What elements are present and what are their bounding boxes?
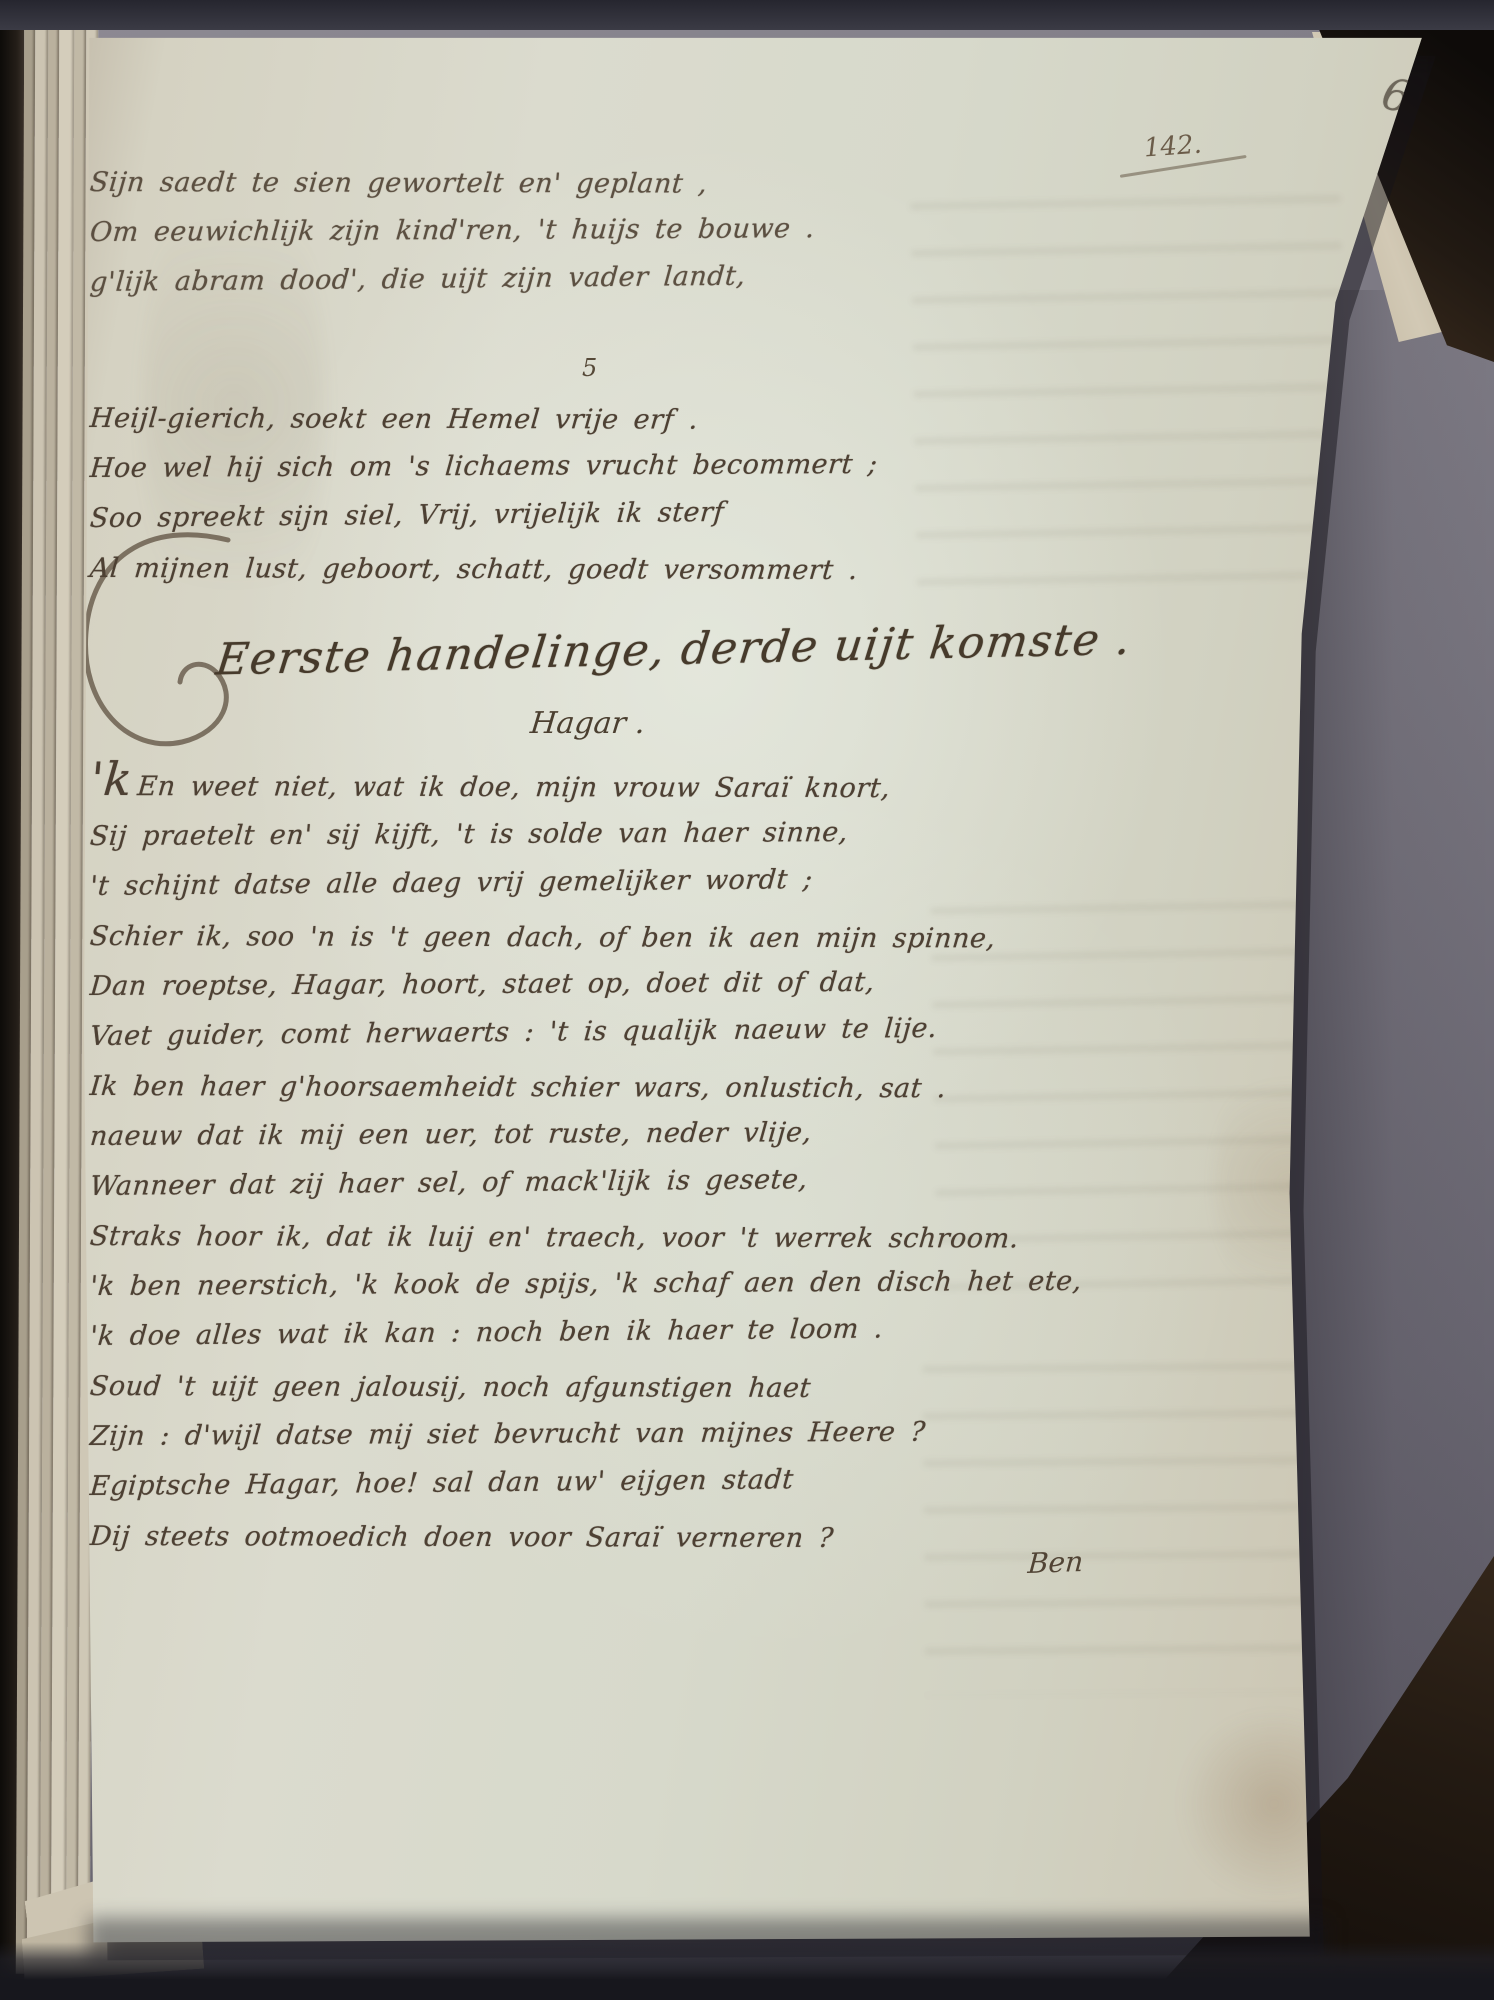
speech-block: 'kEn weet niet, wat ik doe, mijn vrouw S…	[90, 762, 1320, 1562]
manuscript-page: 66 142. Sijn saedt te sien gewortelt en'…	[84, 34, 1434, 1950]
scene-heading: Eerste handelinge, derde uijt komste .	[209, 609, 1326, 718]
manuscript-line: Egiptsche Hagar, hoe! sal dan uw' eijgen…	[88, 1450, 1323, 1512]
character-name: Hagar .	[528, 706, 1323, 750]
fabric-band-top	[0, 0, 1494, 30]
page-number: 142.	[1143, 126, 1247, 170]
decorated-initial: 'k	[88, 752, 134, 806]
manuscript-line: Wanneer dat zij haer sel, of mack'lijk i…	[88, 1150, 1323, 1212]
catchword: Ben	[1027, 1545, 1085, 1580]
stanza-number: 5	[582, 354, 1320, 394]
manuscript-line-text: En weet niet, wat ik doe, mijn vrouw Sar…	[136, 771, 891, 804]
manuscript-line: 'k doe alles wat ik kan : noch ben ik ha…	[88, 1300, 1323, 1362]
fabric-band-bottom	[0, 1942, 1494, 2000]
manuscript-line: Vaet guider, comt herwaerts : 't is qual…	[88, 1000, 1323, 1062]
manuscript-line: 't schijnt datse alle daeg vrij gemelijk…	[88, 850, 1323, 912]
verse-stanza: Heijl-gierich, soekt een Hemel vrije erf…	[90, 394, 1320, 594]
manuscript-line: Dij steets ootmoedich doen voor Saraï ve…	[88, 1512, 1322, 1565]
page-number-value: 142.	[1143, 130, 1203, 164]
manuscript-line: Al mijnen lust, geboort, schatt, goedt v…	[88, 544, 1322, 597]
manuscript-photograph: 66 142. Sijn saedt te sien gewortelt en'…	[0, 0, 1494, 2000]
verse-stanza: Sijn saedt te sien gewortelt en' geplant…	[90, 158, 1320, 308]
manuscript-line: Soo spreekt sijn siel, Vrij, vrijelijk i…	[88, 482, 1323, 544]
manuscript-line: g'lijk abram dood', die uijt zijn vader …	[88, 246, 1323, 308]
handwritten-text-block: Sijn saedt te sien gewortelt en' geplant…	[90, 158, 1320, 1562]
